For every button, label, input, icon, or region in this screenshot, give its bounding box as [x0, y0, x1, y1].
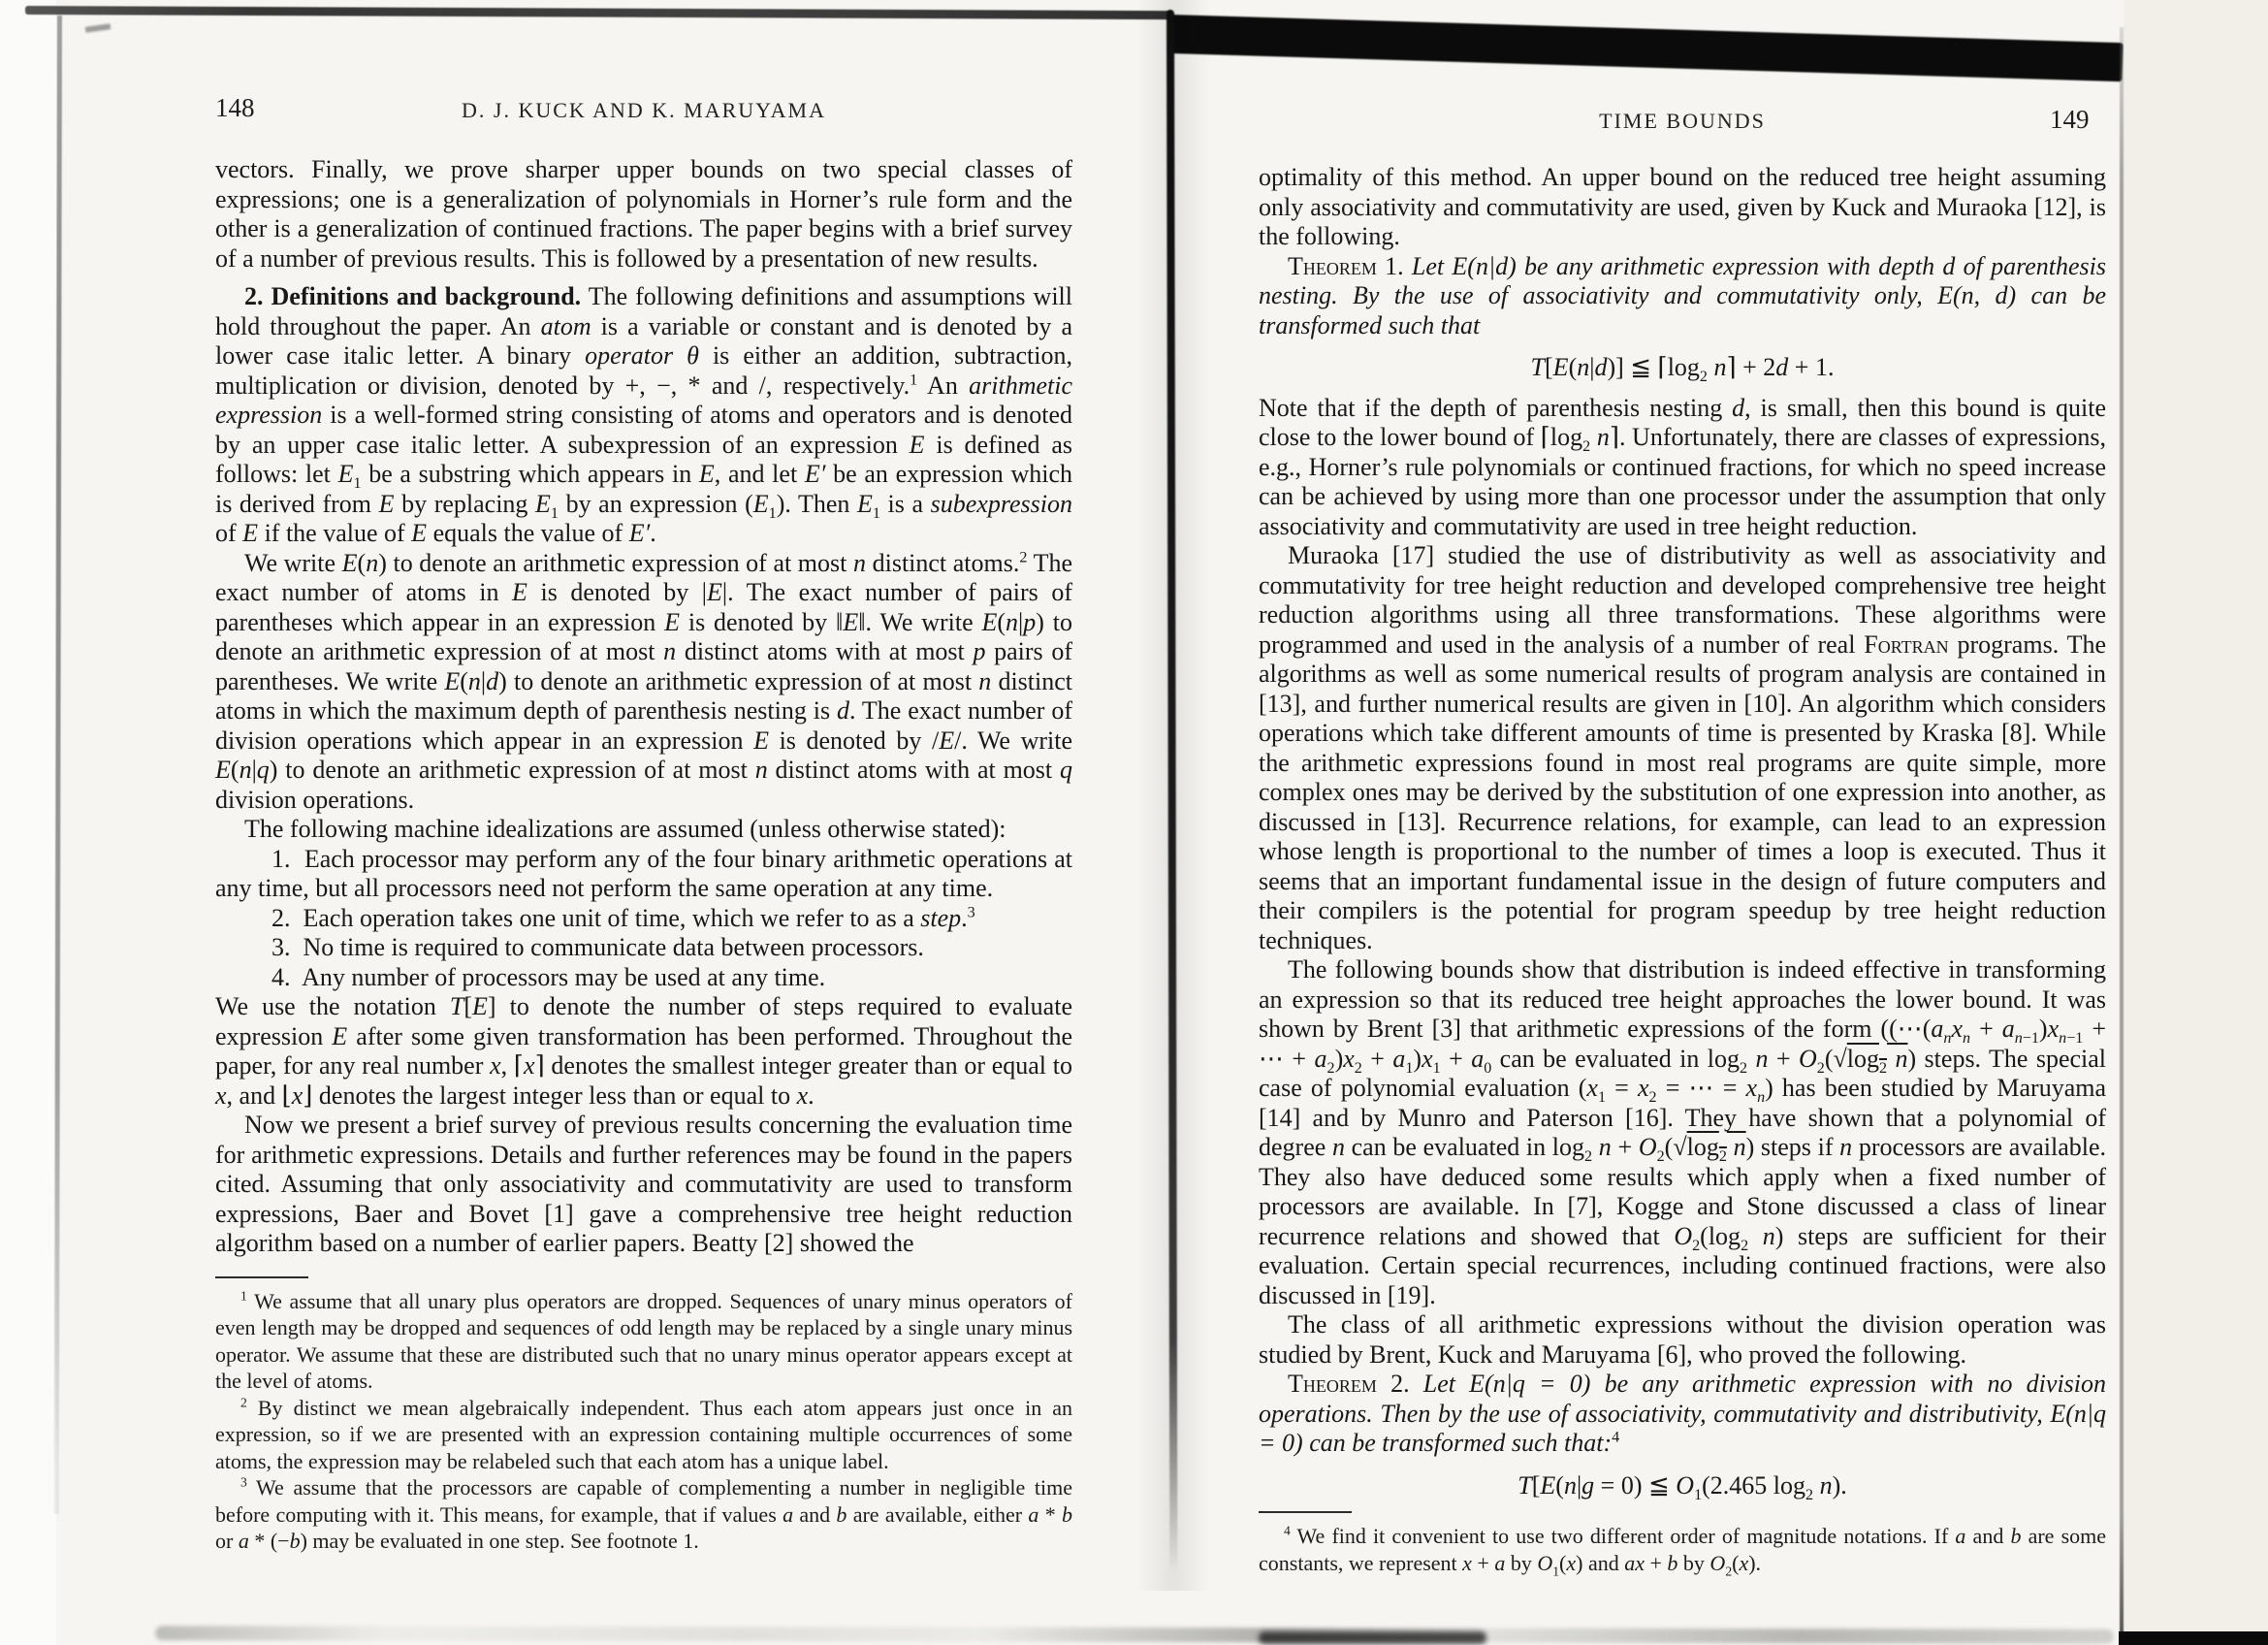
paragraph: 2. Each operation takes one unit of time… [215, 904, 1072, 934]
paragraph: Theorem 1. Let E(n|d) be any arithmetic … [1259, 252, 2106, 341]
scan-bottom-smudge [155, 1626, 2114, 1644]
scan-corner-mark [85, 23, 112, 33]
footnote: 1 We assume that all unary plus operator… [215, 1288, 1072, 1395]
left-footnote-rule [215, 1276, 308, 1278]
paragraph: Muraoka [17] studied the use of distribu… [1259, 541, 2106, 955]
left-page-paragraphs: vectors. Finally, we prove sharper upper… [215, 155, 1072, 1259]
right-page-body: optimality of this method. An upper boun… [1259, 163, 2106, 1576]
scan-bottom-ink-blob [1259, 1631, 1486, 1644]
paragraph: 1. Each processor may perform any of the… [215, 845, 1072, 904]
paragraph: We write E(n) to denote an arithmetic ex… [215, 549, 1072, 816]
equation: T[E(n|g = 0) ≦ O1(2.465 log2 n). [1259, 1471, 2106, 1501]
paragraph: The class of all arithmetic expressions … [1259, 1310, 2106, 1370]
paragraph: vectors. Finally, we prove sharper upper… [215, 155, 1072, 274]
scan-top-black-bar [1168, 15, 2124, 81]
left-page-body: vectors. Finally, we prove sharper upper… [215, 155, 1072, 1555]
right-page-number: 149 [2050, 105, 2090, 135]
left-running-head: D. J. KUCK AND K. MARUYAMA [215, 98, 1072, 123]
scan-right-margin [2124, 0, 2268, 1645]
left-footnotes: 1 We assume that all unary plus operator… [215, 1288, 1072, 1555]
paragraph: 3. No time is required to communicate da… [215, 933, 1072, 963]
scan-bottom-right-bar [2119, 1631, 2268, 1645]
paragraph: 2. Definitions and background. The follo… [215, 282, 1072, 549]
scan-top-edge-line [25, 6, 1171, 19]
footnote: 2 By distinct we mean algebraically inde… [215, 1395, 1072, 1475]
paragraph: We use the notation T[E] to denote the n… [215, 992, 1072, 1111]
paragraph: The following bounds show that distribut… [1259, 955, 2106, 1310]
right-footnote-rule [1259, 1511, 1352, 1513]
paragraph: Note that if the depth of parenthesis ne… [1259, 394, 2106, 542]
scan-left-margin [0, 0, 56, 1645]
equation: T[E(n|d)] ≦ ⌈log2 n⌉ + 2d + 1. [1259, 353, 2106, 383]
right-running-head: TIME BOUNDS [1259, 109, 2106, 134]
paragraph: 4. Any number of processors may be used … [215, 963, 1072, 993]
paragraph: Theorem 2. Let E(n|q = 0) be any arithme… [1259, 1370, 2106, 1459]
right-footnotes: 4 We find it convenient to use two diffe… [1259, 1523, 2106, 1576]
paragraph: optimality of this method. An upper boun… [1259, 163, 2106, 252]
paragraph: The following machine idealizations are … [215, 815, 1072, 845]
paragraph: Now we present a brief survey of previou… [215, 1111, 1072, 1259]
right-page-paragraphs: optimality of this method. An upper boun… [1259, 163, 2106, 1500]
scanned-book-spread: 148 D. J. KUCK AND K. MARUYAMA vectors. … [0, 0, 2268, 1645]
scan-right-page-edge [2120, 27, 2124, 1645]
footnote: 3 We assume that the processors are capa… [215, 1474, 1072, 1555]
footnote: 4 We find it convenient to use two diffe… [1259, 1523, 2106, 1576]
